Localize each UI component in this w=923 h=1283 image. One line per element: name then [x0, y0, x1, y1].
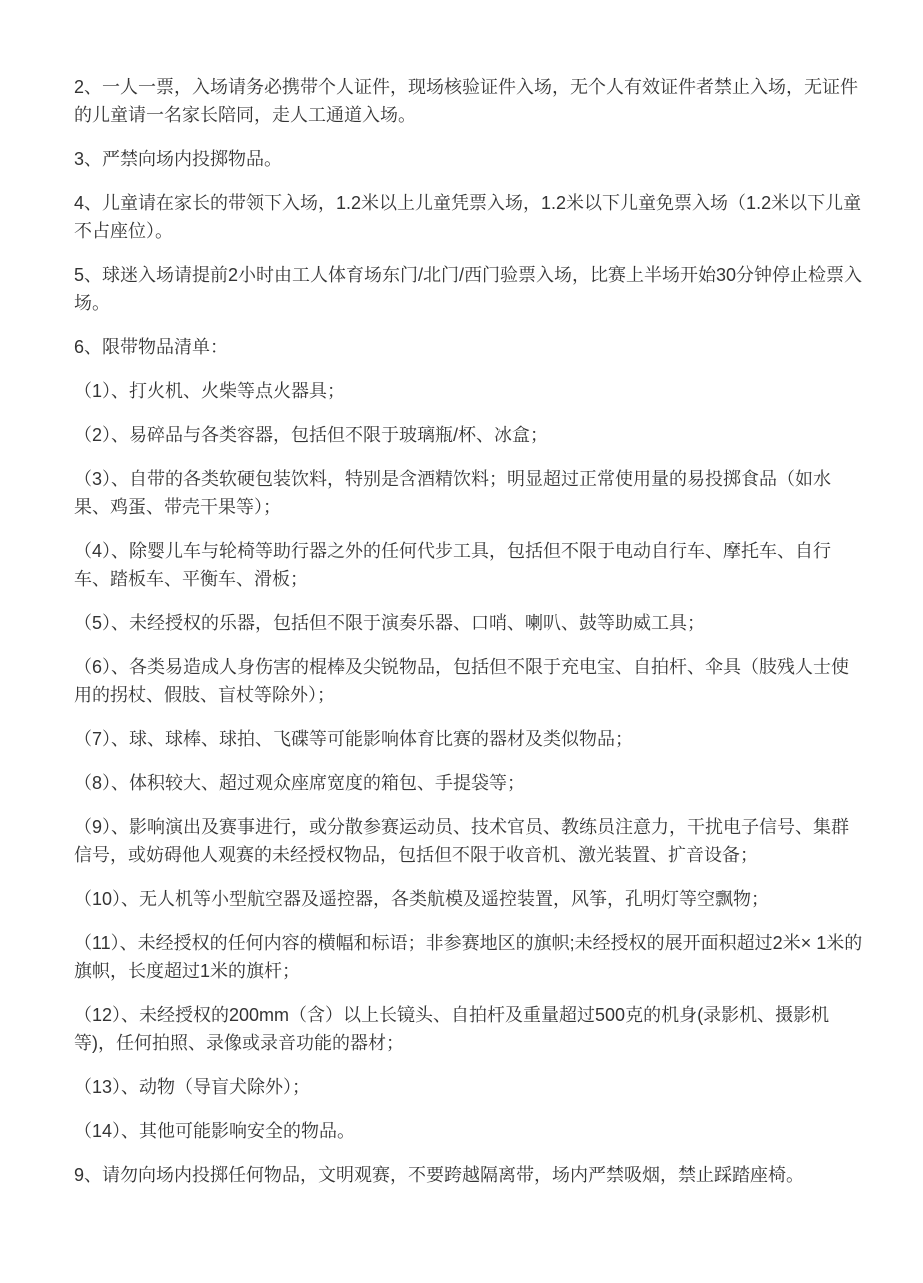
- rule-6-restricted-list-header: 6、限带物品清单：: [74, 333, 865, 361]
- restricted-item-7: （7）、球、球棒、球拍、飞碟等可能影响体育比赛的器材及类似物品；: [74, 725, 865, 753]
- restricted-item-11: （11）、未经授权的任何内容的横幅和标语；非参赛地区的旗帜;未经授权的展开面积超…: [74, 929, 865, 985]
- restricted-item-5: （5）、未经授权的乐器，包括但不限于演奏乐器、口哨、喇叭、鼓等助威工具；: [74, 609, 865, 637]
- restricted-item-13: （13）、动物（导盲犬除外）；: [74, 1073, 865, 1101]
- restricted-item-12: （12）、未经授权的200mm（含）以上长镜头、自拍杆及重量超过500克的机身(…: [74, 1001, 865, 1057]
- restricted-item-14: （14）、其他可能影响安全的物品。: [74, 1117, 865, 1145]
- entry-rules-document: 2、一人一票，入场请务必携带个人证件，现场核验证件入场，无个人有效证件者禁止入场…: [0, 0, 923, 1283]
- restricted-item-4: （4）、除婴儿车与轮椅等助行器之外的任何代步工具，包括但不限于电动自行车、摩托车…: [74, 537, 865, 593]
- restricted-item-6: （6）、各类易造成人身伤害的棍棒及尖锐物品，包括但不限于充电宝、自拍杆、伞具（肢…: [74, 653, 865, 709]
- rule-3-no-throwing: 3、严禁向场内投掷物品。: [74, 145, 865, 173]
- rule-9-civilized-viewing: 9、请勿向场内投掷任何物品，文明观赛，不要跨越隔离带，场内严禁吸烟，禁止踩踏座椅…: [74, 1161, 865, 1189]
- restricted-item-3: （3）、自带的各类软硬包装饮料，特别是含酒精饮料；明显超过正常使用量的易投掷食品…: [74, 465, 865, 521]
- restricted-item-1: （1）、打火机、火柴等点火器具；: [74, 377, 865, 405]
- restricted-item-9: （9）、影响演出及赛事进行，或分散参赛运动员、技术官员、教练员注意力，干扰电子信…: [74, 813, 865, 869]
- rule-4-children: 4、儿童请在家长的带领下入场，1.2米以上儿童凭票入场，1.2米以下儿童免票入场…: [74, 189, 865, 245]
- rule-2-ticket-per-person: 2、一人一票，入场请务必携带个人证件，现场核验证件入场，无个人有效证件者禁止入场…: [74, 73, 865, 129]
- restricted-item-2: （2）、易碎品与各类容器，包括但不限于玻璃瓶/杯、冰盒；: [74, 421, 865, 449]
- restricted-item-8: （8）、体积较大、超过观众座席宽度的箱包、手提袋等；: [74, 769, 865, 797]
- restricted-item-10: （10）、无人机等小型航空器及遥控器，各类航模及遥控装置，风筝，孔明灯等空飘物；: [74, 885, 865, 913]
- rule-5-entry-gates: 5、球迷入场请提前2小时由工人体育场东门/北门/西门验票入场，比赛上半场开始30…: [74, 261, 865, 317]
